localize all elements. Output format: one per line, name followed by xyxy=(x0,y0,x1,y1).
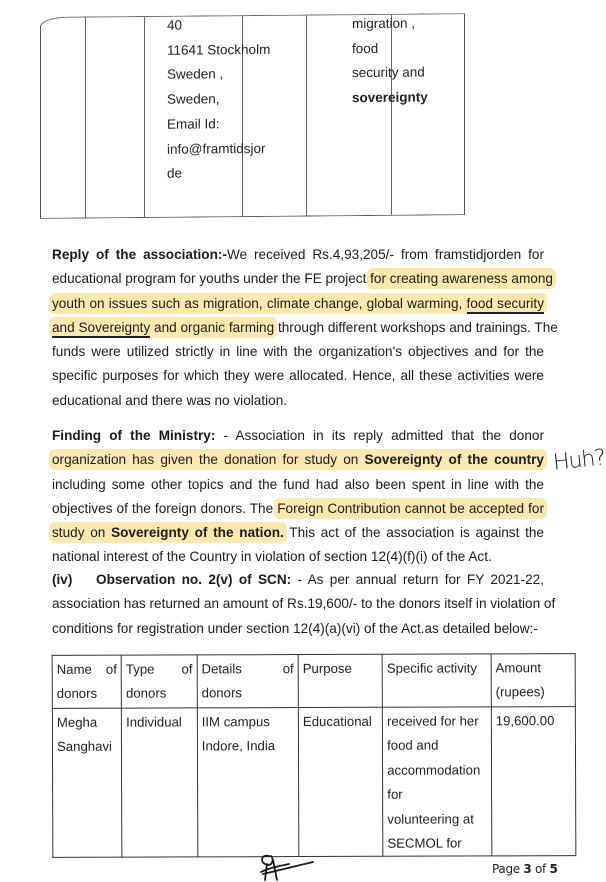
finding-text: including some other topics and the fund… xyxy=(52,473,544,497)
header-text: Type xyxy=(126,658,155,683)
header-text: Name xyxy=(57,658,92,683)
reply-text: educational and there was no violation. xyxy=(52,389,544,413)
donor-address-cell: 40 11641 Stockholm Sweden , Sweden, Emai… xyxy=(167,13,270,187)
header-amount: Amount (rupees) xyxy=(491,654,575,707)
header-text: of xyxy=(106,658,117,682)
highlighted-text: youth on issues such as migration, clima… xyxy=(52,296,544,311)
header-details-of-donors: Detailsof donors xyxy=(197,655,298,708)
donor-details-table-continuation: 40 11641 Stockholm Sweden , Sweden, Emai… xyxy=(40,13,465,219)
cell-specific-activity: received for her food and accommodation … xyxy=(382,707,491,857)
reply-heading: Reply of the association:- xyxy=(52,247,227,262)
finding-text: - Association in its reply admitted that… xyxy=(215,428,544,443)
header-text: (rupees) xyxy=(496,681,571,706)
table-column-divider xyxy=(144,17,145,217)
underlined-text: food security xyxy=(467,296,545,314)
cell-text: received for her xyxy=(387,709,487,734)
finding-of-ministry-paragraph: Finding of the Ministry: - Association i… xyxy=(52,424,544,570)
finding-text: This act of the association is against t… xyxy=(284,525,544,540)
cell-text: SECMOL for xyxy=(387,831,487,856)
reply-text: funds were utilized strictly in line wit… xyxy=(52,340,544,364)
underlined-text: and Sovereignty xyxy=(52,320,150,338)
observation-number: (iv) xyxy=(52,568,96,592)
highlighted-text: organization has given the donation for … xyxy=(52,452,544,467)
cell-text: Sanghavi xyxy=(57,735,117,760)
address-email-line: de xyxy=(167,161,270,187)
address-email-line: info@framtidsjor xyxy=(167,136,270,162)
reply-text: youth on issues such as migration, clima… xyxy=(52,296,467,311)
topic-bold-line: sovereignty xyxy=(352,86,428,111)
document-page: 40 11641 Stockholm Sweden , Sweden, Emai… xyxy=(0,0,606,882)
topic-line: food xyxy=(352,36,428,61)
reply-text: specific purposes for which they were al… xyxy=(52,364,544,388)
finding-text: objectives of the foreign donors. The xyxy=(52,501,277,516)
observation-paragraph: (iv)Observation no. 2(v) of SCN: - As pe… xyxy=(52,568,544,641)
cell-donor-type: Individual xyxy=(122,708,198,858)
signature-mark xyxy=(255,850,325,882)
finding-text: organization has given the donation for … xyxy=(52,452,365,467)
table-column-divider xyxy=(85,17,86,217)
observation-text: conditions for registration under sectio… xyxy=(52,617,544,641)
cell-purpose: Educational xyxy=(298,707,383,857)
cell-text: Megha xyxy=(57,711,117,736)
reply-text: and organic farming xyxy=(150,320,274,335)
table-row: Megha Sanghavi Individual IIM campus Ind… xyxy=(52,707,576,858)
topic-line: migration , xyxy=(352,11,428,36)
observation-heading: Observation no. 2(v) of SCN: xyxy=(96,572,291,587)
cell-text: for xyxy=(387,783,487,808)
cell-text: IIM campus xyxy=(202,710,294,735)
header-text: of xyxy=(283,657,294,681)
handwritten-margin-note: Huh? xyxy=(552,445,606,475)
header-text: Details xyxy=(201,657,241,682)
address-line: Email Id: xyxy=(167,112,270,138)
cell-text: Indore, India xyxy=(202,734,294,759)
header-name-of-donors: Nameof donors xyxy=(52,655,121,708)
header-text: Amount xyxy=(495,656,570,681)
observation-text: - As per annual return for FY 2021-22, xyxy=(291,572,544,587)
cell-text: accommodation xyxy=(387,758,487,783)
highlighted-text: Foreign Contribution cannot be accepted … xyxy=(277,501,544,516)
finding-text: national interest of the Country in viol… xyxy=(52,545,544,569)
address-line: Sweden, xyxy=(167,87,270,113)
page-number: Page 3 of 5 xyxy=(492,862,558,876)
finding-heading: Finding of the Ministry: xyxy=(52,428,215,443)
bold-text: Sovereignty of the country xyxy=(365,452,544,467)
highlighted-text: for creating awareness among xyxy=(370,271,553,286)
address-line: 11641 Stockholm xyxy=(167,38,270,64)
cell-donor-details: IIM campus Indore, India xyxy=(197,708,299,858)
cell-text: volunteering at xyxy=(387,807,487,832)
reply-text: We received Rs.4,93,205/- from framstidj… xyxy=(227,247,544,262)
header-text: donors xyxy=(57,682,117,707)
observation-text: association has returned an amount of Rs… xyxy=(52,592,544,616)
reply-text: through different workshops and training… xyxy=(274,320,558,335)
cell-donor-name: Megha Sanghavi xyxy=(52,708,122,858)
cell-text: food and xyxy=(387,734,487,759)
page-of: of xyxy=(531,862,549,876)
highlighted-text: and Sovereignty and organic farming xyxy=(52,320,274,335)
header-text: Purpose xyxy=(303,657,378,682)
header-specific-activity: Specific activity xyxy=(382,654,491,707)
header-text: donors xyxy=(126,682,193,707)
reply-text: educational program for youths under the… xyxy=(52,271,370,286)
table-header-row: Nameof donors Typeof donors Detailsof do… xyxy=(52,654,575,709)
table-column-divider xyxy=(306,16,307,216)
reply-of-association-paragraph: Reply of the association:-We received Rs… xyxy=(52,243,544,413)
cell-amount: 19,600.00 xyxy=(491,707,576,857)
header-text: of xyxy=(181,657,192,681)
page-total: 5 xyxy=(549,862,557,876)
header-text: Specific activity xyxy=(387,656,487,681)
address-line: 40 xyxy=(167,13,270,39)
address-line: Sweden , xyxy=(167,62,270,88)
purpose-topic-cell: migration , food security and sovereignt… xyxy=(352,11,428,110)
header-type-of-donors: Typeof donors xyxy=(121,655,197,708)
highlighted-text: study on Sovereignty of the nation. xyxy=(52,525,284,540)
finding-text: study on xyxy=(52,525,111,540)
topic-line: security and xyxy=(352,61,428,86)
bold-text: Sovereignty of the nation. xyxy=(111,525,284,540)
header-text: donors xyxy=(202,681,294,706)
page-label: Page xyxy=(492,862,523,876)
header-purpose: Purpose xyxy=(298,654,382,707)
returned-amount-donor-table: Nameof donors Typeof donors Detailsof do… xyxy=(52,653,577,858)
